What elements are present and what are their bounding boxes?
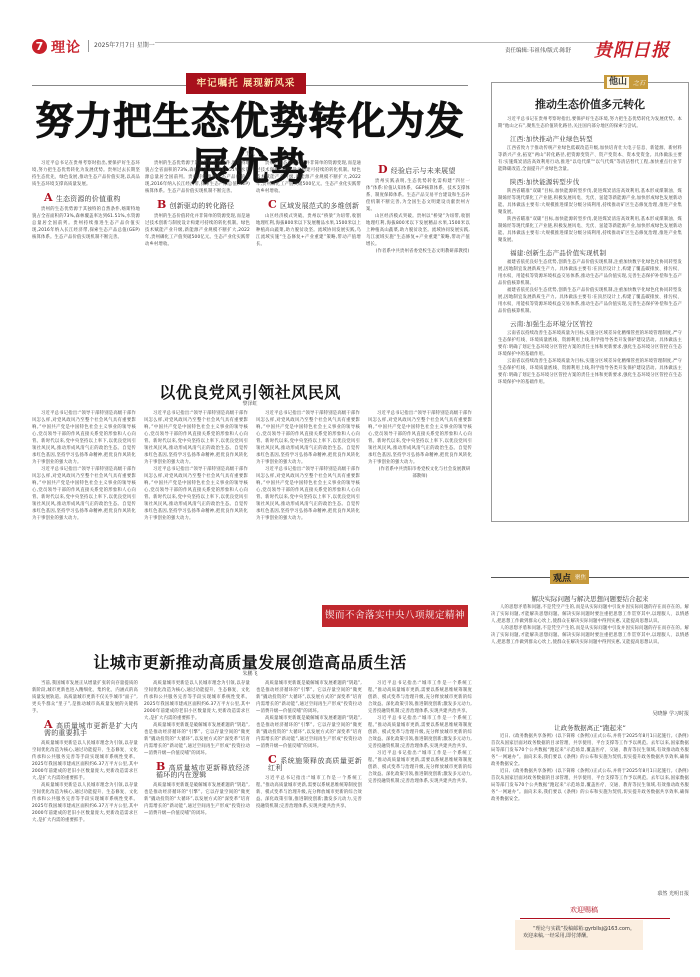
section-body: 高质量城市更新既是破解城市发展难题的“钥匙”,也是推动经济循环的“引擎”。它以存… [144,722,250,757]
section-body: 高质量城市更新既是破解城市发展难题的“钥匙”,也是推动经济循环的“引擎”。它以存… [256,680,362,715]
section-body: 贵州的生态优势源于其独特的自然条件,喀斯特地貌占全省面积的73%,森林覆盖率达到… [32,206,140,241]
section-body: 高质量城市更新既是破解城市发展难题的“钥匙”,也是推动经济循环的“引擎”。它以存… [256,715,362,750]
welcome-title: 欢迎赐稿 [570,905,598,915]
section-body: 高质量城市更新既是破解城市发展难题的“钥匙”,也是推动经济循环的“引擎”。它以存… [144,782,250,817]
lead-article-col-3: 贵州的生态价值转化并非简单的资源变现,而是通过技术创新与制度设计构建可持续的转化… [256,160,361,342]
sidebar-tag: 他山 之石 [604,75,648,89]
region-body: 福建省依托良好生态优势,创新生态产品价值实现机制,注重加快数字化绿色化协同转型发… [498,287,682,315]
second-article-byline: 黎泽虹 [32,400,468,407]
region-heading-jiangxi: 江西:加快推动产业绿色转型 [510,136,682,143]
article-body: 近日,《政务数据共享条例》(以下简称《条例》)正式公布,并将于2025年8月1日… [491,733,689,768]
lead-article-byline: 王凡 [32,150,468,157]
viewpoint-article1-body: 人的思想矛盾和问题,不是凭空产生的,而是从实际问题中引发并因实际问题的存在而存在… [491,604,689,709]
section-heading-text: 高质量城市更新是扩大内需的重要抓手 [44,722,138,737]
article-body: 习近平总书记指出:“领导干部特别是高级干部作风怎么样,对党风政风乃至整个社会风气… [256,466,360,522]
sidebar-intro: 习近平总书记在贵州考察时指出,要保护好生态环境,努力把生态优势转化为发展优势。本… [498,116,682,130]
section-heading-b: B高质量城市更新释放经济循环的内在逻辑 [156,763,250,779]
region-body: 陕西省瞄准“双碳”目标,加快能源转型步伐,促进煤炭清洁高效利用,基本形成煤制油、… [498,188,682,216]
lead-article-col-1: 习近平总书记在贵州考察时指出,要保护好生态环境,努力把生态优势转化为发展优势。贵… [32,160,140,342]
article-body: 习近平总书记指出:“领导干部特别是高级干部作风怎么样,对党风政风乃至整个社会风气… [144,410,248,466]
section-body: 贵州实践表明,生态优势转化需构建“四位一体”体系:价值认知体系、GEP核算体系、… [366,178,470,213]
issue-date: 2025年7月7日 星期一 [88,40,155,52]
section-heading-text: 经验启示与未来展望 [391,167,456,175]
section-body: 高质量城市更新是以人民城市理念为引领,以存量空间优化改造为核心,通过功能提升、生… [32,782,138,824]
article-body: 习近平总书记指出:“领导干部特别是高级干部作风怎么样,对党风政风乃至整个社会风气… [32,410,136,466]
section-heading-text: 系统施策释放高质量更新红利 [268,757,362,772]
lead-article-col-2: 贵州的生态优势源于其独特的自然条件,喀斯特地貌占全省面积的73%,森林覆盖率达到… [145,160,250,342]
section-heading-a: A生态资源的价值重构 [44,194,140,203]
section-name: 理论 [51,37,81,57]
lead-intro: 习近平总书记在贵州考察时指出,要保护好生态环境,努力把生态优势转化为发展优势。贵… [32,160,140,188]
section-heading-d: D经验启示与未来展望 [378,166,470,175]
third-article-col-1: 当前,我国城市发展正从增量扩张转向存量提质的新阶段,城市更新也进入精细化、集约化… [32,680,138,950]
article-intro: 当前,我国城市发展正从增量扩张转向存量提质的新阶段,城市更新也进入精细化、集约化… [32,680,138,715]
second-article-footnote: (作者系中共贵阳市委党校文化与社会发展教研部教师) [368,466,472,480]
newspaper-logo: 贵阳日报 [594,36,670,62]
region-body: 陕西省瞄准“双碳”目标,加快能源转型步伐,促进煤炭清洁高效利用,基本形成煤制油、… [498,216,682,244]
section-body: 山区经济模式突破。贵州以“桥梁”为纽带,收割地理红利,海拔800米以下发展精品水… [366,213,470,248]
editor-credits: 责任编辑:韦祖伟/版式:陈舒 [505,46,571,54]
viewpoint-article2-source: 慕然 光明日报 [491,890,689,897]
section-heading-text: 生态资源的价值重构 [56,195,121,203]
lead-article-col-4: D经验启示与未来展望 贵州实践表明,生态优势转化需构建“四位一体”体系:价值认知… [366,160,470,375]
viewpoint-tag: 观点 聚焦 [550,570,589,584]
article-body: 习近平总书记指出:“领导干部特别是高级干部作风怎么样,对党风政风乃至整个社会风气… [256,410,360,466]
section-heading-text: 创新驱动的转化路径 [170,202,235,210]
article-body: 近日,《政务数据共享条例》(以下简称《条例》)正式公布,并将于2025年8月1日… [491,768,689,803]
sidebar-body: 习近平总书记在贵州考察时指出,要保护好生态环境,努力把生态优势转化为发展优势。本… [498,116,682,516]
submission-email-text: “理论与实践”投稿邮箱:gyrbllsj@163.com。 [523,926,635,933]
section-body: 习近平总书记指出:“城市工作是一个系统工程。”推动高质量城市更新,需要以系统思维… [368,750,472,785]
second-article-col-3: 习近平总书记指出:“领导干部特别是高级干部作风怎么样,对党风政风乃至整个社会风气… [256,410,360,600]
section-letter: B [157,198,167,211]
section-heading-text: 区域发展范式的多维创新 [280,202,359,210]
welcome-box: “理论与实践”投稿邮箱:gyrbllsj@163.com。 欢迎来稿,一经采用,… [515,920,643,950]
article-body: 人的思想矛盾和问题,不是凭空产生的,而是从实际问题中引发并因实际问题的存在而存在… [491,604,689,625]
region-heading-shaanxi: 陕西:加快能源转型步伐 [510,179,682,186]
lead-article-footnote: (作者系中共贵州省委党校生态文明教研部教授) [366,248,470,255]
section-letter: C [268,198,277,211]
second-article-col-4: 习近平总书记指出:“领导干部特别是高级干部作风怎么样,对党风政风乃至整个社会风气… [368,410,472,600]
section-body: 贵州的生态价值转化并非简单的资源变现,而是通过技术创新与制度设计构建可持续的转化… [145,213,250,248]
sidebar-title: 推动生态价值多元转化 [491,96,689,112]
section-heading-c: C系统施策释放高质量更新红利 [268,756,362,772]
viewpoint-tag-main: 观点 [553,571,571,584]
region-body: 福建省依托良好生态优势,创新生态产品价值实现机制,注重加快数字化绿色化协同转型发… [498,259,682,287]
section-body: 高质量城市更新是以人民城市理念为引领,以存量空间优化改造为核心,通过功能提升、生… [32,740,138,782]
article-body: 习近平总书记指出:“领导干部特别是高级干部作风怎么样,对党风政风乃至整个社会风气… [144,466,248,522]
second-article-col-2: 习近平总书记指出:“领导干部特别是高级干部作风怎么样,对党风政风乃至整个社会风气… [144,410,248,600]
section-heading-b: B创新驱动的转化路径 [157,201,250,210]
section-body: 习近平总书记指出:“城市工作是一个系统工程。”推动高质量城市更新,需要以系统思维… [368,680,472,715]
section-body: 习近平总书记指出:“城市工作是一个系统工程。”推动高质量城市更新,需要以系统思维… [368,715,472,750]
viewpoint-article1-title: 解决实际问题与解决思想问题要结合起来 [491,594,689,603]
section-body: 习近平总书记指出:“城市工作是一个系统工程。”推动高质量城市更新,需要以系统思维… [256,775,362,810]
article-body: 习近平总书记指出:“领导干部特别是高级干部作风怎么样,对党风政风乃至整个社会风气… [368,410,472,466]
second-article-col-1: 习近平总书记指出:“领导干部特别是高级干部作风怎么样,对党风政风乃至整个社会风气… [32,410,136,600]
section-body: 高质量城市更新是以人民城市理念为引领,以存量空间优化改造为核心,通过功能提升、生… [144,680,250,722]
viewpoint-tag-sub: 聚焦 [571,573,586,581]
section-heading-text: 高质量城市更新释放经济循环的内在逻辑 [156,764,250,779]
submission-note: 欢迎来稿,一经采用,即付薄酬。 [523,933,635,940]
topic-banner: 牢记嘱托 展现新风采 [186,73,306,94]
slogan-banner: 锲而不舍落实中央八项规定精神 [322,605,468,627]
section-letter: A [44,191,53,204]
viewpoint-article1-source: 吴晓静 学习时报 [491,710,689,717]
region-body: 江西省致力于推动传统产业绿色低碳改造升级,加快培育壮大电子信息、新能源、新材料等… [498,145,682,173]
section-letter: D [378,163,388,176]
article-body: 人的思想矛盾和问题,不是凭空产生的,而是从实际问题中引发并因实际问题的存在而存在… [491,625,689,646]
section-heading-c: C区域发展范式的多维创新 [268,201,361,210]
viewpoint-rule [491,577,689,578]
viewpoint-article2-body: 近日,《政务数据共享条例》(以下简称《条例》)正式公布,并将于2025年8月1日… [491,733,689,888]
third-article-col-4: 习近平总书记指出:“城市工作是一个系统工程。”推动高质量城市更新,需要以系统思维… [368,680,472,950]
region-heading-yunnan: 云南:加强生态环境分区管控 [510,321,682,328]
section-body: 山区经济模式突破。贵州以“桥梁”为纽带,收割地理红利,海拔800米以下发展精品水… [256,213,361,248]
region-body: 云南省以持续改善生态环境质量为目标,实施分区域差异化精细管控的环境管理制度,严守… [498,358,682,386]
section-body: 贵州的生态优势源于其独特的自然条件,喀斯特地貌占全省面积的73%,森林覆盖率达到… [145,160,250,195]
page-number-badge: 7 [32,39,47,54]
section-body: 贵州的生态价值转化并非简单的资源变现,而是通过技术创新与制度设计构建可持续的转化… [256,160,361,195]
region-heading-fujian: 福建:创新生态产品价值实现机制 [510,250,682,257]
viewpoint-article2-title: 让政务数据离正“跑起来” [491,723,689,732]
region-body: 云南省以持续改善生态环境质量为目标,实施分区域差异化精细管控的环境管理制度,严守… [498,330,682,358]
section-heading-a: A高质量城市更新是扩大内需的重要抓手 [44,721,138,737]
welcome-rule [520,918,670,919]
header-rule [88,42,608,43]
sidebar-tag-main: 他山 [607,77,629,88]
sidebar-tag-sub: 之石 [629,78,645,87]
third-article-byline: 朱鹏飞 [32,670,468,677]
third-article-col-2: 高质量城市更新是以人民城市理念为引领,以存量空间优化改造为核心,通过功能提升、生… [144,680,250,950]
third-article-col-3: 高质量城市更新既是破解城市发展难题的“钥匙”,也是推动经济循环的“引擎”。它以存… [256,680,362,950]
article-body: 习近平总书记指出:“领导干部特别是高级干部作风怎么样,对党风政风乃至整个社会风气… [32,466,136,522]
